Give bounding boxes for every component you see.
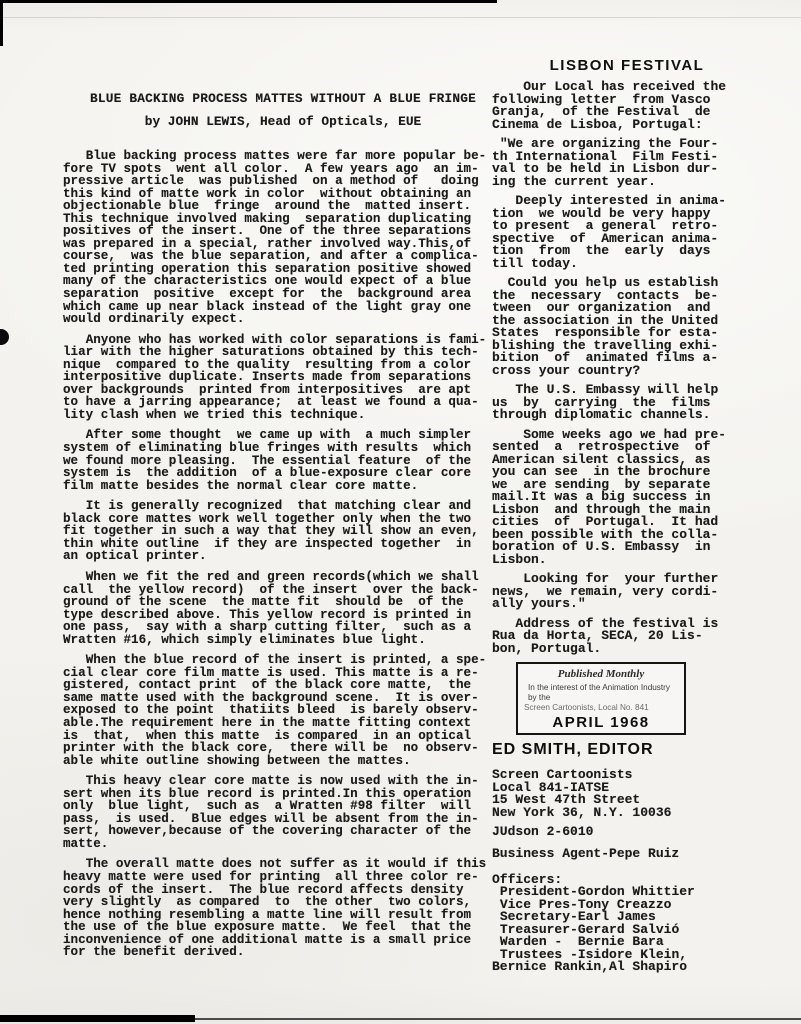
lisbon-paragraph-1: Our Local has received the following let… — [492, 81, 762, 131]
lisbon-paragraph-8: Address of the festival is Rua da Horta,… — [492, 618, 762, 656]
union-address: Screen Cartoonists Local 841-IATSE 15 We… — [492, 769, 762, 819]
scan-artifact-top-edge — [0, 0, 497, 3]
scan-artifact-punch-mark — [0, 329, 9, 345]
lisbon-paragraph-2: "We are organizing the Four- th Internat… — [492, 138, 762, 188]
scan-artifact-left-edge — [0, 0, 3, 46]
article-paragraph-6: When the blue record of the insert is pr… — [63, 654, 503, 767]
editor-line: ED SMITH, EDITOR — [492, 741, 762, 759]
lisbon-paragraph-5: The U.S. Embassy will help us by carryin… — [492, 384, 762, 422]
business-agent-line: Business Agent-Pepe Ruiz — [492, 848, 762, 861]
news-column: LISBON FESTIVAL Our Local has received t… — [492, 57, 762, 974]
officers-list: Officers: President-Gordon Whittier Vice… — [492, 874, 762, 974]
article-paragraph-8: The overall matte does not suffer as it … — [63, 858, 503, 958]
lisbon-paragraph-7: Looking for your further news, we remain… — [492, 573, 762, 611]
lisbon-paragraph-6: Some weeks ago we had pre- sented a retr… — [492, 429, 762, 567]
masthead-interest-line-1: In the interest of the Animation Industr… — [523, 683, 679, 703]
lisbon-paragraph-4: Could you help us establish the necessar… — [492, 277, 762, 377]
scan-artifact-bottom-bar — [0, 1015, 195, 1022]
lisbon-festival-heading: LISBON FESTIVAL — [492, 57, 762, 74]
article-title: BLUE BACKING PROCESS MATTES WITHOUT A BL… — [63, 92, 503, 106]
masthead-interest-line-2: Screen Cartoonists, Local No. 841 — [523, 703, 679, 713]
phone-number: JUdson 2-6010 — [492, 826, 762, 839]
published-monthly-label: Published Monthly — [523, 668, 679, 680]
lisbon-paragraph-3: Deeply interested in anima- tion we woul… — [492, 195, 762, 270]
article-paragraph-1: Blue backing process mattes were far mor… — [63, 150, 503, 326]
issue-date: APRIL 1968 — [523, 714, 679, 731]
article-paragraph-7: This heavy clear core matte is now used … — [63, 775, 503, 850]
article-paragraph-2: Anyone who has worked with color separat… — [63, 334, 503, 422]
scanned-newsletter-page: BLUE BACKING PROCESS MATTES WITHOUT A BL… — [0, 0, 801, 1024]
article-paragraph-5: When we fit the red and green records(wh… — [63, 571, 503, 646]
article-column: BLUE BACKING PROCESS MATTES WITHOUT A BL… — [63, 92, 503, 967]
article-paragraph-4: It is generally recognized that matching… — [63, 500, 503, 563]
article-byline: by JOHN LEWIS, Head of Opticals, EUE — [63, 115, 503, 129]
article-paragraph-3: After some thought we came up with a muc… — [63, 429, 503, 492]
masthead-box: Published Monthly In the interest of the… — [516, 662, 686, 735]
